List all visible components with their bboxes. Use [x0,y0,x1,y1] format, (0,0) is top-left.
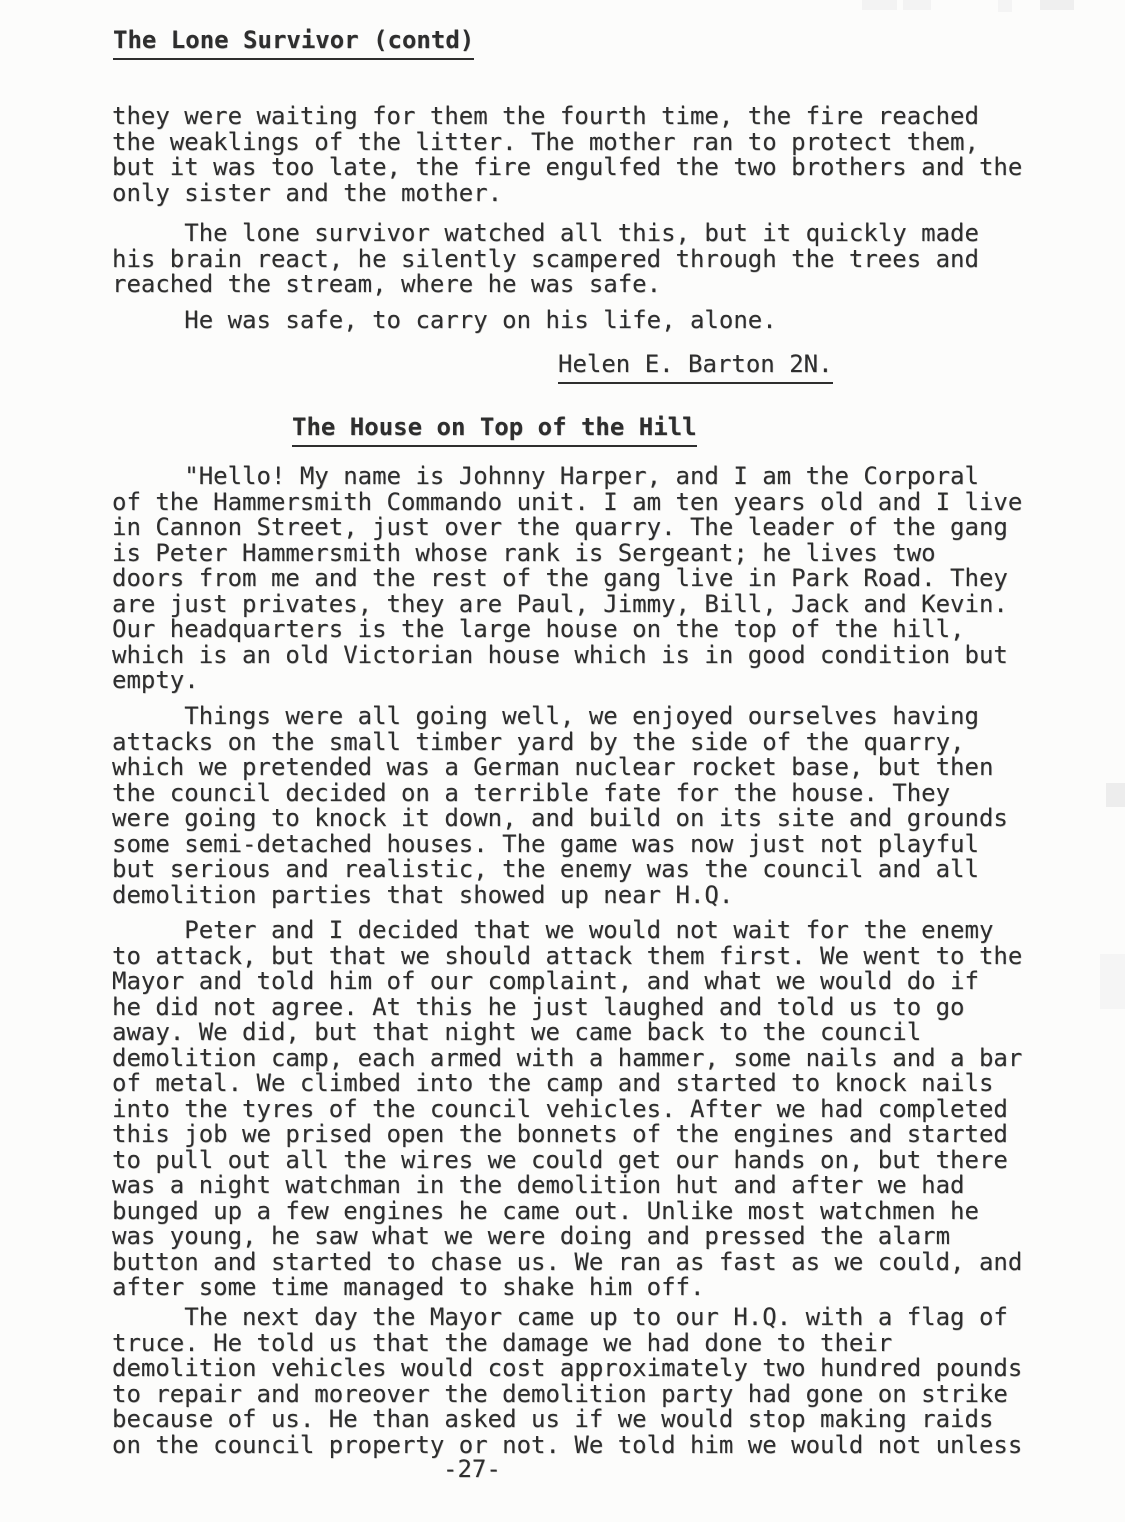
story2-paragraph-4: The next day the Mayor came up to our H.… [112,1305,1022,1458]
story1-paragraph-1: they were waiting for them the fourth ti… [112,104,1022,206]
scan-smudge [1106,783,1125,807]
story2-paragraph-3: Peter and I decided that we would not wa… [112,918,1022,1301]
scan-smudge [903,0,931,10]
scan-smudge [998,0,1012,12]
scan-smudge [1100,954,1125,1009]
scan-smudge [862,0,897,10]
story1-paragraph-2: The lone survivor watched all this, but … [112,221,979,298]
story1-title-text: The Lone Survivor (contd) [113,28,474,60]
magazine-page: The Lone Survivor (contd) they were wait… [0,0,1125,1522]
story2-title-text: The House on Top of the Hill [292,415,697,447]
story2-title: The House on Top of the Hill [292,415,697,447]
story1-author-credit-text: Helen E. Barton 2N. [558,352,833,384]
story2-paragraph-1: "Hello! My name is Johnny Harper, and I … [112,464,1022,694]
scan-smudge [1040,0,1074,10]
story1-author-credit: Helen E. Barton 2N. [558,352,833,384]
story2-paragraph-2: Things were all going well, we enjoyed o… [112,704,1008,908]
story1-paragraph-3: He was safe, to carry on his life, alone… [112,308,777,334]
story1-title: The Lone Survivor (contd) [113,28,474,60]
page-number: -27- [443,1457,501,1483]
